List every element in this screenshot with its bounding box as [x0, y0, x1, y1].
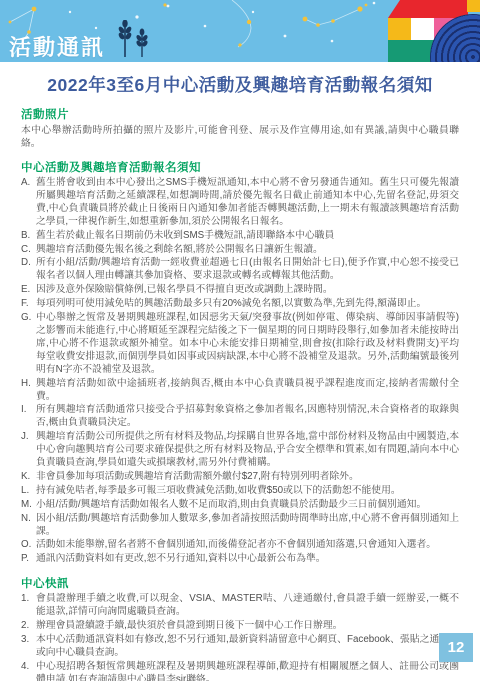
list-item-text: 活動如未能舉辦,留名者將不會個別通知,而後備登記者亦不會個別通知落選,只會通知入… — [36, 539, 459, 552]
list-item: 4. 中心現招聘各類恆常興趣班課程及暑期興趣班課程導師,歡迎持有相關履歷之個人、… — [21, 661, 459, 681]
list-item-label: L. — [21, 485, 36, 498]
list-item-text: 因涉及意外保險賠償條例,已報名學員不得擅自更改或調動上課時間。 — [36, 284, 459, 297]
list-item: C. 興趣培育活動優先報名後之剩餘名額,將於公開報名日讓新生報讀。 — [21, 244, 459, 257]
list-item-text: 舊生若於截止報名日期前仍未收到SMS手機短訊,請即聯絡本中心職員 — [36, 230, 459, 243]
list-item: M. 小組/活動/興趣培育活動如報名人數不足而取消,則由負責職員於活動最少三日前… — [21, 499, 459, 512]
newsletter-page: 活動通訊 2022年3至6月中心活動及興趣培育活動報名須知 活動照片 本中心舉辦… — [0, 0, 480, 681]
list-item: P. 通訊內活動資料如有更改,恕不另行通知,資料以中心最新公布為準。 — [21, 553, 459, 566]
list-item-text: 辦理會員證續證手續,最快須於會員證到期日後下一個中心工作日辦理。 — [36, 620, 459, 633]
section-heading-registration: 中心活動及興趣培育活動報名須知 — [21, 159, 459, 175]
list-item-label: O. — [21, 539, 36, 552]
list-item-label: P. — [21, 553, 36, 566]
list-item-text: 中心舉辦之恆常及暑期興趣班課程,如因惡劣天氣/突發事故(例如停電、傳染病、導師因… — [36, 312, 459, 377]
list-item-text: 因小組/活動/興趣培育活動參加人數眾多,參加者請按照活動時間準時出席,中心將不會… — [36, 513, 459, 539]
list-item-label: 3. — [21, 634, 36, 660]
list-item-label: B. — [21, 230, 36, 243]
page-title: 2022年3至6月中心活動及興趣培育活動報名須知 — [18, 72, 462, 97]
list-item: K. 非會員參加每項活動或興趣培育活動需額外繳付$27,附有特別列明者除外。 — [21, 471, 459, 484]
list-item: G. 中心舉辦之恆常及暑期興趣班課程,如因惡劣天氣/突發事故(例如停電、傳染病、… — [21, 312, 459, 377]
page-number-badge: 12 — [439, 633, 473, 662]
list-item-label: C. — [21, 244, 36, 257]
list-item-text: 本中心活動通訊資料如有修改,恕不另行通知,最新資料請留意中心網頁、Faceboo… — [36, 634, 459, 660]
list-item: B. 舊生若於截止報名日期前仍未收到SMS手機短訊,請即聯絡本中心職員 — [21, 230, 459, 243]
list-item-label: 2. — [21, 620, 36, 633]
section-heading-news: 中心快訊 — [21, 575, 459, 591]
photos-body-text: 本中心舉辦活動時所拍攝的照片及影片,可能會刊登、展示及作宣傳用途,如有異議,請與… — [21, 124, 459, 150]
list-item-label: G. — [21, 312, 36, 377]
list-item-label: I. — [21, 404, 36, 430]
list-item: E. 因涉及意外保險賠償條例,已報名學員不得擅自更改或調動上課時間。 — [21, 284, 459, 297]
list-item: 1. 會員證辦理手續之收費,可以現金、VSIA、MASTER咭、八達通繳付,會員… — [21, 593, 459, 619]
list-item-text: 每項列明可使用減免咭的興趣活動最多只有20%減免名額,以實數為準,先到先得,額滿… — [36, 298, 459, 311]
list-item-label: N. — [21, 513, 36, 539]
yellow-corner-square — [467, 0, 480, 12]
wheat-icon — [117, 20, 151, 58]
list-item: D. 所有小組/活動/興趣培育活動一經收費並超過七日(由報名日開始計七日),便予… — [21, 257, 459, 283]
list-item-text: 所有興趣培育活動通常只接受合乎招募對象資格之參加者報名,因應特別情況,未合資格者… — [36, 404, 459, 430]
list-item-text: 舊生將會收到由本中心發出之SMS手機短訊通知,本中心將不會另發通告通知。舊生只可… — [36, 177, 459, 229]
corner-art — [388, 0, 480, 62]
list-item-text: 所有小組/活動/興趣培育活動一經收費並超過七日(由報名日開始計七日),便予作實,… — [36, 257, 459, 283]
list-item-label: J. — [21, 431, 36, 470]
content: 活動照片 本中心舉辦活動時所拍攝的照片及影片,可能會刊登、展示及作宣傳用途,如有… — [0, 106, 480, 681]
list-item-text: 中心現招聘各類恆常興趣班課程及暑期興趣班課程導師,歡迎持有相關履歷之個人、註冊公… — [36, 661, 459, 681]
list-item: 3. 本中心活動通訊資料如有修改,恕不另行通知,最新資料請留意中心網頁、Face… — [21, 634, 459, 660]
list-item: L. 持有減免咭者,每季最多可報三項收費減免活動,如收費$50或以下的活動恕不能… — [21, 485, 459, 498]
list-item: I. 所有興趣培育活動通常只接受合乎招募對象資格之參加者報名,因應特別情況,未合… — [21, 404, 459, 430]
news-list: 1. 會員證辦理手續之收費,可以現金、VSIA、MASTER咭、八達通繳付,會員… — [21, 593, 459, 681]
list-item-text: 興趣培育活動公司所提供之所有材料及物品,均採購自世界各地,當中部份材料及物品由中… — [36, 431, 459, 470]
list-item: H. 興趣培育活動如欲中途插班者,接納與否,概由本中心負責職員視乎課程進度而定,… — [21, 378, 459, 404]
list-item-text: 會員證辦理手續之收費,可以現金、VSIA、MASTER咭、八達通繳付,會員證手續… — [36, 593, 459, 619]
list-item: F. 每項列明可使用減免咭的興趣活動最多只有20%減免名額,以實數為準,先到先得… — [21, 298, 459, 311]
list-item-label: M. — [21, 499, 36, 512]
list-item-text: 持有減免咭者,每季最多可報三項收費減免活動,如收費$50或以下的活動恕不能使用。 — [36, 485, 459, 498]
list-item-label: A. — [21, 177, 36, 229]
list-item: 2. 辦理會員證續證手續,最快須於會員證到期日後下一個中心工作日辦理。 — [21, 620, 459, 633]
list-item: O. 活動如未能舉辦,留名者將不會個別通知,而後備登記者亦不會個別通知落選,只會… — [21, 539, 459, 552]
list-item-text: 興趣培育活動優先報名後之剩餘名額,將於公開報名日讓新生報讀。 — [36, 244, 459, 257]
section-heading-photos: 活動照片 — [21, 106, 459, 122]
list-item-text: 通訊內活動資料如有更改,恕不另行通知,資料以中心最新公布為準。 — [36, 553, 459, 566]
white-square — [411, 18, 434, 40]
list-item: N. 因小組/活動/興趣培育活動參加人數眾多,參加者請按照活動時間準時出席,中心… — [21, 513, 459, 539]
registration-notice-list: A. 舊生將會收到由本中心發出之SMS手機短訊通知,本中心將不會另發通告通知。舊… — [21, 177, 459, 566]
list-item-label: K. — [21, 471, 36, 484]
list-item-label: H. — [21, 378, 36, 404]
yellow-square — [388, 18, 411, 40]
list-item-label: 4. — [21, 661, 36, 681]
list-item-text: 非會員參加每項活動或興趣培育活動需額外繳付$27,附有特別列明者除外。 — [36, 471, 459, 484]
list-item: J. 興趣培育活動公司所提供之所有材料及物品,均採購自世界各地,當中部份材料及物… — [21, 431, 459, 470]
list-item-text: 興趣培育活動如欲中途插班者,接納與否,概由本中心負責職員視乎課程進度而定,接納者… — [36, 378, 459, 404]
list-item-label: D. — [21, 257, 36, 283]
newsletter-logo: 活動通訊 — [9, 31, 105, 62]
list-item-text: 小組/活動/興趣培育活動如報名人數不足而取消,則由負責職員於活動最少三日前個別通… — [36, 499, 459, 512]
list-item: A. 舊生將會收到由本中心發出之SMS手機短訊通知,本中心將不會另發通告通知。舊… — [21, 177, 459, 229]
teal-square — [388, 40, 434, 62]
list-item-label: E. — [21, 284, 36, 297]
banner: 活動通訊 — [0, 0, 480, 62]
red-roof-shape — [388, 0, 468, 18]
list-item-label: F. — [21, 298, 36, 311]
list-item-label: 1. — [21, 593, 36, 619]
